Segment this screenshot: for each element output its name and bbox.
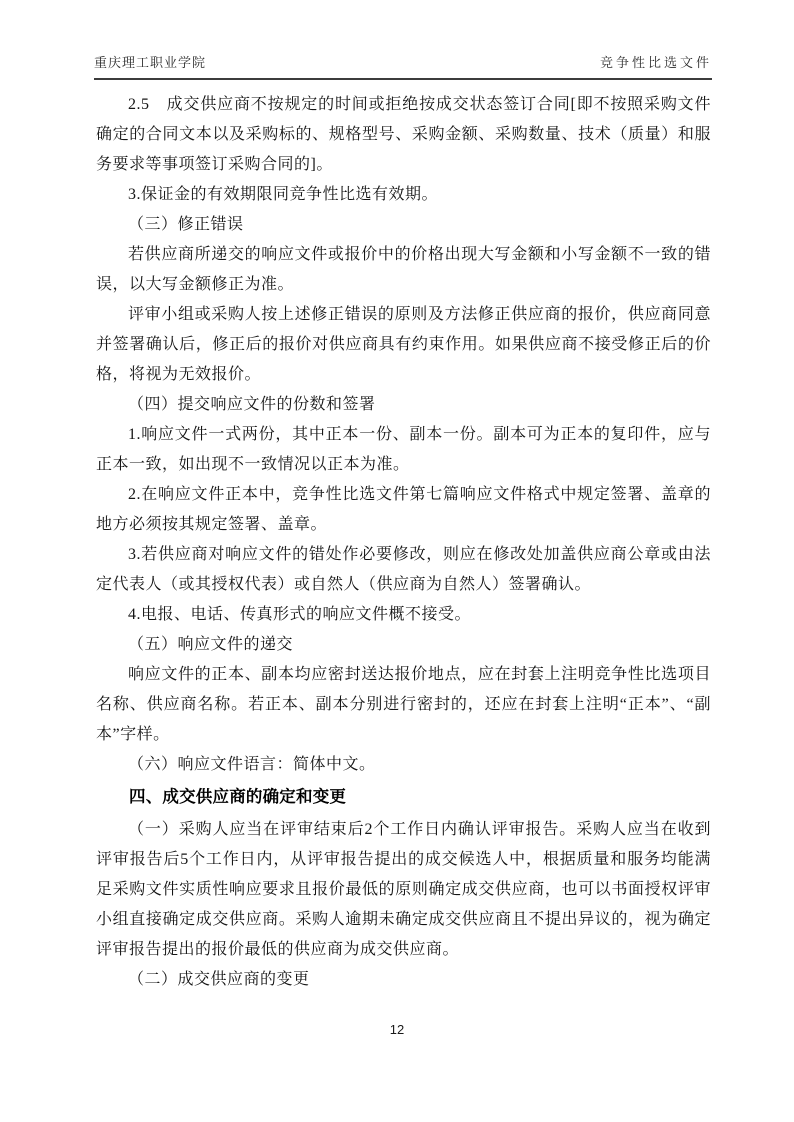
page-footer: 12	[0, 1022, 794, 1037]
paragraph: 若供应商所递交的响应文件或报价中的价格出现大写金额和小写金额不一致的错误，以大写…	[96, 240, 711, 300]
document-page: 重庆理工职业学院 竞争性比选文件 2.5 成交供应商不按规定的时间或拒绝按成交状…	[0, 0, 794, 1122]
paragraph: 评审小组或采购人按上述修正错误的原则及方法修正供应商的报价，供应商同意并签署确认…	[96, 300, 711, 390]
paragraph: 1.响应文件一式两份，其中正本一份、副本一份。副本可为正本的复印件，应与正本一致…	[96, 420, 711, 480]
paragraph: （四）提交响应文件的份数和签署	[96, 390, 711, 420]
paragraph: （二）成交供应商的变更	[96, 965, 711, 995]
paragraph: 2.在响应文件正本中，竞争性比选文件第七篇响应文件格式中规定签署、盖章的地方必须…	[96, 480, 711, 540]
page-number: 12	[390, 1022, 404, 1037]
paragraph: （一）采购人应当在评审结束后2个工作日内确认评审报告。采购人应当在收到评审报告后…	[96, 815, 711, 965]
document-body: 2.5 成交供应商不按规定的时间或拒绝按成交状态签订合同[即不按照采购文件确定的…	[96, 90, 711, 995]
page-header: 重庆理工职业学院 竞争性比选文件	[94, 52, 712, 80]
paragraph: （六）响应文件语言：简体中文。	[96, 750, 711, 780]
header-document-type: 竞争性比选文件	[600, 52, 712, 71]
paragraph: 4.电报、电话、传真形式的响应文件概不接受。	[96, 600, 711, 630]
paragraph: 3.若供应商对响应文件的错处作必要修改，则应在修改处加盖供应商公章或由法定代表人…	[96, 540, 711, 600]
paragraph: （三）修正错误	[96, 210, 711, 240]
paragraph: （五）响应文件的递交	[96, 630, 711, 660]
paragraph: 3.保证金的有效期限同竞争性比选有效期。	[96, 180, 711, 210]
section-heading: 四、成交供应商的确定和变更	[96, 782, 711, 812]
header-organization: 重庆理工职业学院	[94, 52, 206, 71]
paragraph: 响应文件的正本、副本均应密封送达报价地点，应在封套上注明竞争性比选项目名称、供应…	[96, 660, 711, 750]
paragraph: 2.5 成交供应商不按规定的时间或拒绝按成交状态签订合同[即不按照采购文件确定的…	[96, 90, 711, 180]
